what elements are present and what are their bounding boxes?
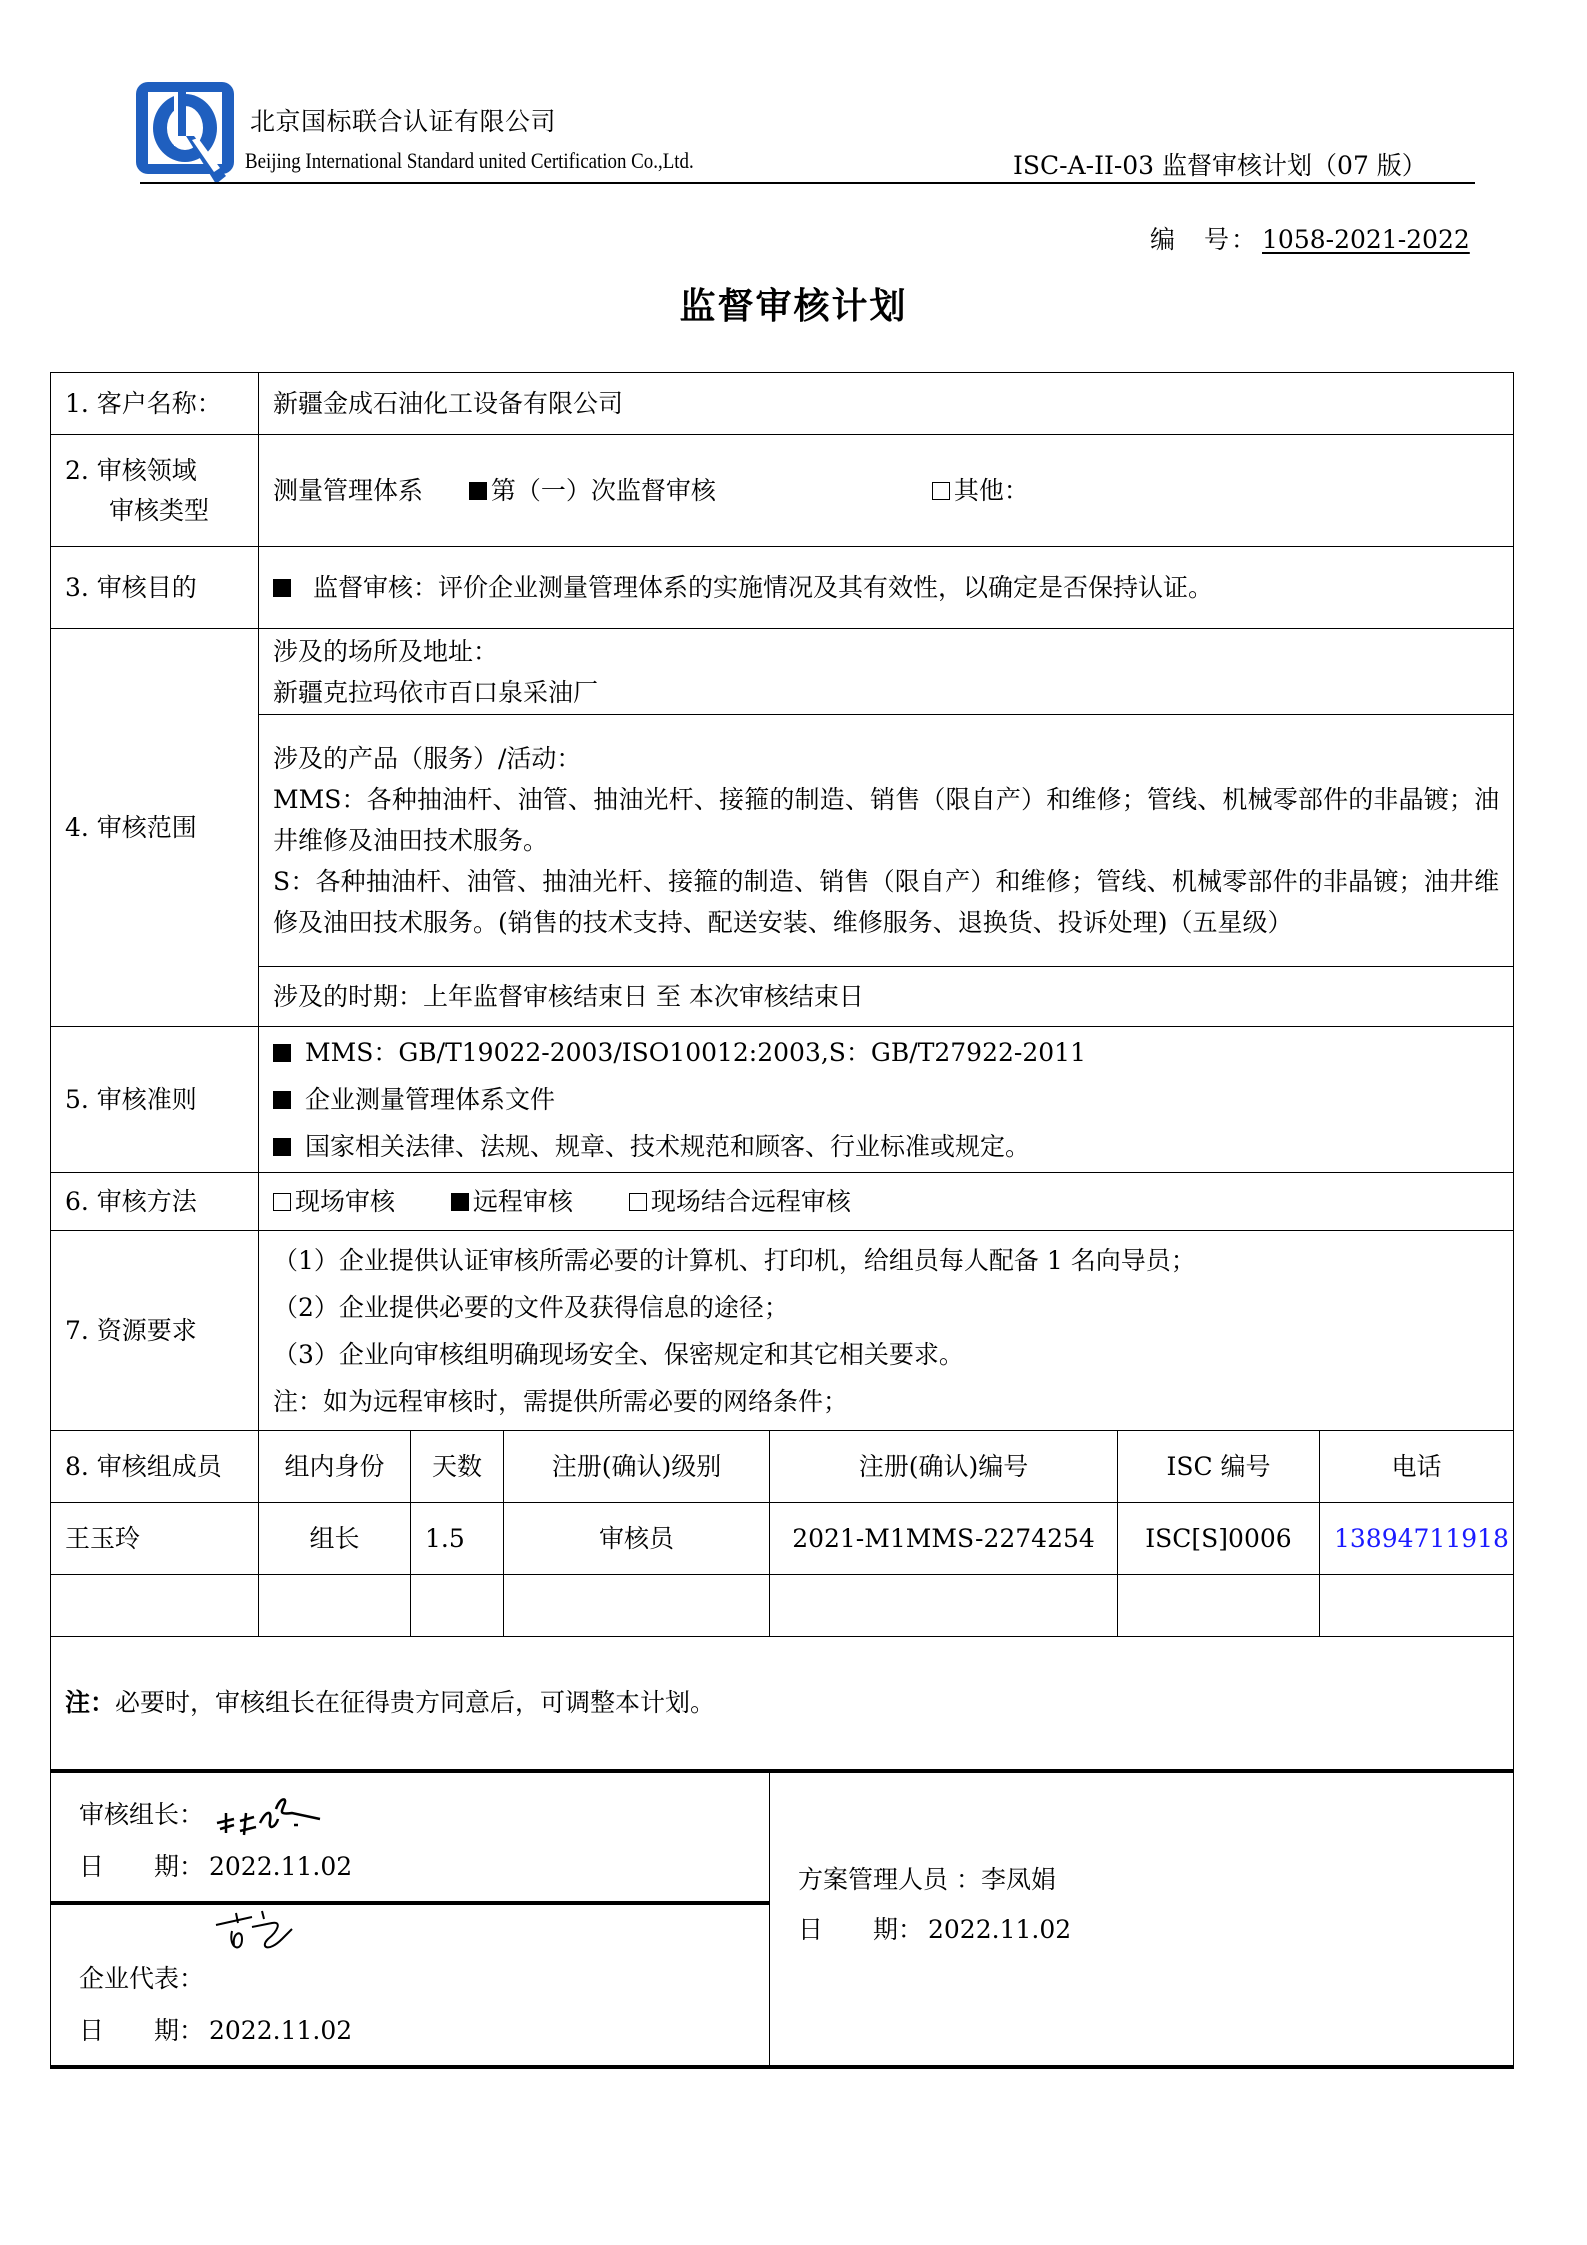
team-empty-row — [51, 1575, 1514, 1637]
other-label: 其他： — [954, 476, 1029, 505]
leader-date: 2022.11.02 — [209, 1852, 352, 1881]
product-label: 涉及的产品（服务）/活动： — [273, 738, 1499, 779]
empty-cell — [1118, 1575, 1320, 1637]
company-logo-icon — [134, 80, 236, 184]
audit-system: 测量管理体系 — [273, 476, 423, 505]
leader-date-label: 日 期： — [79, 1841, 209, 1893]
leader-label: 审核组长： — [79, 1800, 204, 1829]
client-name: 新疆金成石油化工设备有限公司 — [259, 373, 1514, 435]
document-number: 编 号：1058-2021-2022 — [1150, 220, 1470, 256]
checkbox-other[interactable] — [932, 482, 950, 500]
member-role: 组长 — [259, 1503, 411, 1575]
scope-site: 涉及的场所及地址： 新疆克拉玛依市百口泉采油厂 — [259, 629, 1514, 715]
rep-signature-icon — [212, 1909, 312, 1969]
resources-label: 7. 资源要求 — [51, 1231, 259, 1431]
member-days: 1.5 — [411, 1503, 504, 1575]
resource-item: （3）企业向审核组明确现场安全、保密规定和其它相关要求。 — [273, 1331, 1499, 1378]
team-header-cell: 电话 — [1320, 1431, 1514, 1503]
rep-date-line: 日 期：2022.11.02 — [79, 2005, 741, 2057]
empty-cell — [770, 1575, 1118, 1637]
manager-date-label: 日 期： — [798, 1905, 928, 1955]
checkbox-remote[interactable] — [451, 1193, 469, 1211]
note-cell: 注：必要时，审核组长在征得贵方同意后，可调整本计划。 — [51, 1637, 1514, 1771]
member-phone: 13894711918 — [1320, 1503, 1514, 1575]
member-level: 审核员 — [504, 1503, 770, 1575]
company-name-en: Beijing International Standard united Ce… — [245, 148, 694, 174]
domain-row: 2. 审核领域 审核类型 测量管理体系 第（一）次监督审核 其他： — [51, 435, 1514, 547]
document-number-value: 1058-2021-2022 — [1262, 225, 1470, 254]
purpose-label: 3. 审核目的 — [51, 547, 259, 629]
member-isc-no: ISC[S]0006 — [1118, 1503, 1320, 1575]
first-surveillance-label: 第（一）次监督审核 — [491, 476, 716, 505]
team-header-cell: 天数 — [411, 1431, 504, 1503]
team-header-cell: 8. 审核组成员 — [51, 1431, 259, 1503]
purpose-value: 监督审核：评价企业测量管理体系的实施情况及其有效性，以确定是否保持认证。 — [259, 547, 1514, 629]
rep-label: 企业代表： — [79, 1964, 204, 1993]
scope-period-row: 涉及的时期：上年监督审核结束日 至 本次审核结束日 — [51, 967, 1514, 1027]
team-header-cell: ISC 编号 — [1118, 1431, 1320, 1503]
member-name: 王玉玲 — [51, 1503, 259, 1575]
empty-cell — [1320, 1575, 1514, 1637]
manager-date: 2022.11.02 — [928, 1915, 1071, 1944]
scope-site-row: 4. 审核范围 涉及的场所及地址： 新疆克拉玛依市百口泉采油厂 — [51, 629, 1514, 715]
note-row: 注：必要时，审核组长在征得贵方同意后，可调整本计划。 — [51, 1637, 1514, 1771]
company-name-cn: 北京国标联合认证有限公司 — [250, 102, 556, 138]
scope-products: 涉及的产品（服务）/活动： MMS：各种抽油杆、油管、抽油光杆、接箍的制造、销售… — [259, 715, 1514, 967]
scope-period: 涉及的时期：上年监督审核结束日 至 本次审核结束日 — [259, 967, 1514, 1027]
checkbox-purpose[interactable] — [273, 579, 291, 597]
criteria-list: MMS：GB/T19022-2003/ISO10012:2003,S：GB/T2… — [259, 1027, 1514, 1173]
manager-cell: 方案管理人员 ：李凤娟 日 期：2022.11.02 — [770, 1771, 1514, 2067]
empty-cell — [259, 1575, 411, 1637]
form-code: ISC-A-II-03 监督审核计划（07 版） — [1013, 146, 1427, 182]
resources-list: （1）企业提供认证审核所需必要的计算机、打印机，给组员每人配备 1 名向导员； … — [259, 1231, 1514, 1431]
client-label: 1. 客户名称： — [51, 373, 259, 435]
leader-signature-icon — [212, 1791, 322, 1841]
checkbox-criteria-3[interactable] — [273, 1138, 291, 1156]
team-header-row: 8. 审核组成员 组内身份 天数 注册(确认)级别 注册(确认)编号 ISC 编… — [51, 1431, 1514, 1503]
resource-item: （1）企业提供认证审核所需必要的计算机、打印机，给组员每人配备 1 名向导员； — [273, 1237, 1499, 1284]
leader-signature-cell: 审核组长： 日 期：2022.11.02 — [51, 1771, 770, 1903]
rep-date-label: 日 期： — [79, 2005, 209, 2057]
note-text: 必要时，审核组长在征得贵方同意后，可调整本计划。 — [115, 1688, 715, 1717]
team-header-cell: 注册(确认)级别 — [504, 1431, 770, 1503]
method-label: 6. 审核方法 — [51, 1173, 259, 1231]
criteria-row: 5. 审核准则 MMS：GB/T19022-2003/ISO10012:2003… — [51, 1027, 1514, 1173]
checkbox-criteria-2[interactable] — [273, 1091, 291, 1109]
checkbox-criteria-1[interactable] — [273, 1044, 291, 1062]
signature-row-1: 审核组长： 日 期：2022.11.02 方案管理人员 ：李凤娟 日 期：202… — [51, 1771, 1514, 1903]
checkbox-onsite-remote[interactable] — [629, 1193, 647, 1211]
scope-product-row: 涉及的产品（服务）/活动： MMS：各种抽油杆、油管、抽油光杆、接箍的制造、销售… — [51, 715, 1514, 967]
method-row: 6. 审核方法 现场审核 远程审核 现场结合远程审核 — [51, 1173, 1514, 1231]
team-header-cell: 注册(确认)编号 — [770, 1431, 1118, 1503]
s-scope-text: S：各种抽油杆、油管、抽油光杆、接箍的制造、销售（限自产）和维修；管线、机械零部… — [273, 861, 1499, 943]
resource-note: 注：如为远程审核时，需提供所需必要的网络条件； — [273, 1378, 1499, 1425]
document-number-label: 编 号： — [1150, 225, 1258, 254]
criteria-label: 5. 审核准则 — [51, 1027, 259, 1173]
empty-cell — [504, 1575, 770, 1637]
checkbox-first-surveillance[interactable] — [469, 482, 487, 500]
purpose-row: 3. 审核目的 监督审核：评价企业测量管理体系的实施情况及其有效性，以确定是否保… — [51, 547, 1514, 629]
criteria-item: MMS：GB/T19022-2003/ISO10012:2003,S：GB/T2… — [273, 1029, 1499, 1076]
mms-scope-text: MMS：各种抽油杆、油管、抽油光杆、接箍的制造、销售（限自产）和维修；管线、机械… — [273, 779, 1499, 861]
empty-cell — [411, 1575, 504, 1637]
criteria-item: 企业测量管理体系文件 — [273, 1076, 1499, 1123]
purpose-text: 监督审核：评价企业测量管理体系的实施情况及其有效性，以确定是否保持认证。 — [313, 573, 1213, 602]
leader-signature-line: 审核组长： — [79, 1789, 741, 1841]
domain-label: 2. 审核领域 审核类型 — [51, 435, 259, 547]
audit-plan-table: 1. 客户名称： 新疆金成石油化工设备有限公司 2. 审核领域 审核类型 测量管… — [50, 372, 1514, 2069]
manager-date-line: 日 期：2022.11.02 — [798, 1905, 1485, 1955]
note-label: 注： — [65, 1688, 115, 1717]
client-row: 1. 客户名称： 新疆金成石油化工设备有限公司 — [51, 373, 1514, 435]
site-label: 涉及的场所及地址： — [273, 631, 1499, 672]
member-reg-no: 2021-M1MMS-2274254 — [770, 1503, 1118, 1575]
rep-date: 2022.11.02 — [209, 2016, 352, 2045]
domain-value: 测量管理体系 第（一）次监督审核 其他： — [259, 435, 1514, 547]
resource-item: （2）企业提供必要的文件及获得信息的途径； — [273, 1284, 1499, 1331]
scope-label: 4. 审核范围 — [51, 629, 259, 1027]
leader-date-line: 日 期：2022.11.02 — [79, 1841, 741, 1893]
criteria-item: 国家相关法律、法规、规章、技术规范和顾客、行业标准或规定。 — [273, 1123, 1499, 1170]
resources-row: 7. 资源要求 （1）企业提供认证审核所需必要的计算机、打印机，给组员每人配备 … — [51, 1231, 1514, 1431]
rep-signature-line: 企业代表： — [79, 1909, 741, 2005]
checkbox-onsite[interactable] — [273, 1193, 291, 1211]
empty-cell — [51, 1575, 259, 1637]
site-value: 新疆克拉玛依市百口泉采油厂 — [273, 672, 1499, 713]
rep-signature-cell: 企业代表： 日 期：2022.11.02 — [51, 1903, 770, 2067]
method-options: 现场审核 远程审核 现场结合远程审核 — [259, 1173, 1514, 1231]
manager-label: 方案管理人员 ：李凤娟 — [798, 1855, 1485, 1905]
team-header-cell: 组内身份 — [259, 1431, 411, 1503]
header-divider — [140, 182, 1475, 184]
page-title: 监督审核计划 — [0, 278, 1587, 329]
team-member-row: 王玉玲 组长 1.5 审核员 2021-M1MMS-2274254 ISC[S]… — [51, 1503, 1514, 1575]
